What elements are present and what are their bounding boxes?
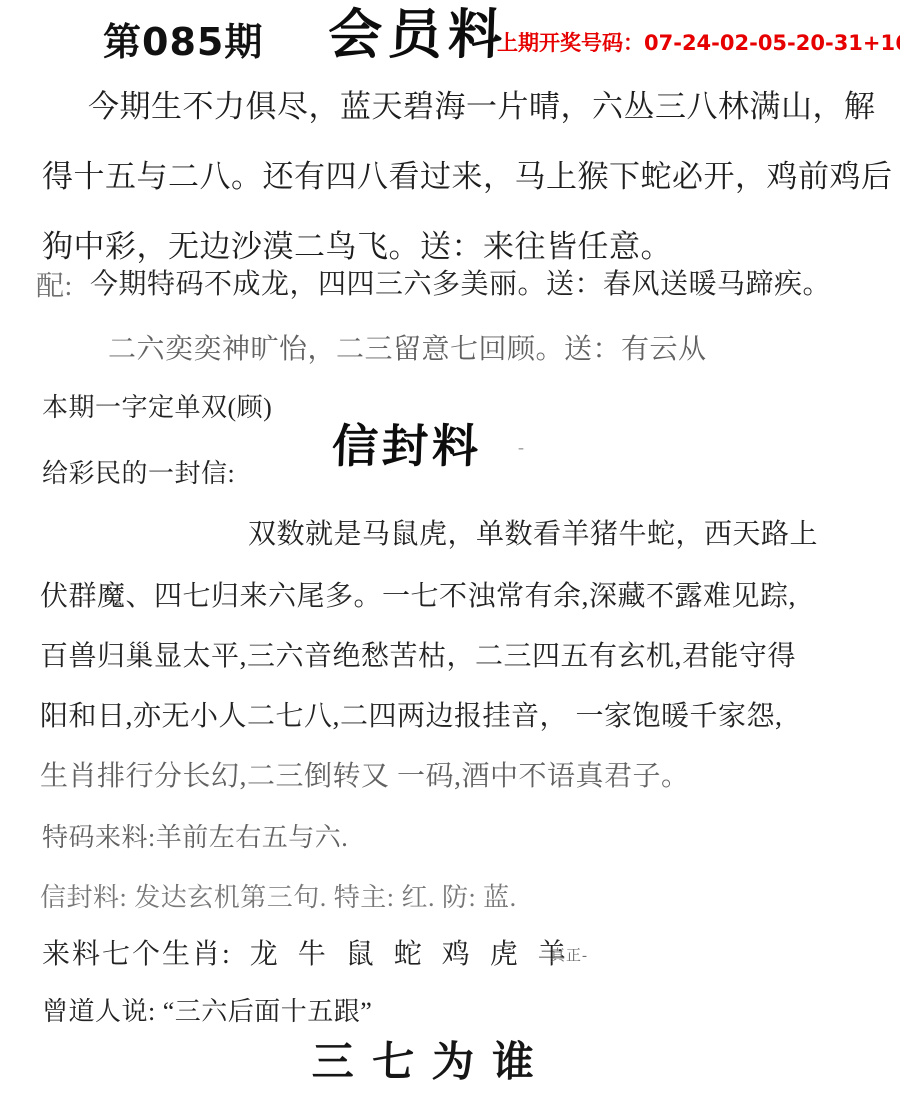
envelope-intro: 给彩民的一封信:: [42, 460, 235, 489]
zodiac-tip: 来料七个生肖: 龙 牛 鼠 蛇 鸡 虎 羊: [42, 940, 568, 971]
envelope-title: 信封料: [331, 422, 483, 473]
ink-smudge: -: [518, 438, 524, 458]
letter-line-2: 伏群魔、四七归来六尾多。一七不浊常有余,深藏不露难见踪,: [40, 582, 796, 613]
bottom-title: 三七为谁: [311, 1040, 552, 1086]
poem-line-6: 本期一字定单双(顾): [42, 394, 272, 423]
letter-line-3: 百兽归巢显太平,三六音绝愁苦枯，二三四五有玄机,君能守得: [40, 642, 796, 673]
letter-line-4: 阳和日,亦无小人二七八,二四两边报挂音， 一家饱暖千家怨,: [40, 702, 783, 733]
poem-line-2: 得十五与二八。还有四八看过来，马上猴下蛇必开，鸡前鸡后: [42, 160, 893, 194]
poem-line-5: 二六奕奕神旷怡，二三留意七回顾。送：有云从: [108, 335, 707, 366]
last-draw-numbers: 上期开奖号码：07-24-02-05-20-31+16: [497, 32, 900, 55]
page-title: 会员料: [327, 6, 509, 65]
letter-line-5: 生肖排行分长幻,二三倒转又 一码,酒中不语真君子。: [40, 762, 690, 793]
poem-line-3: 狗中彩，无边沙漠二鸟飞。送：来往皆任意。: [42, 230, 672, 264]
poem-line-4: 今期特码不成龙，四四三六多美丽。送：春风送暖马蹄疾。: [90, 270, 831, 301]
zodiac-note: 真正-: [550, 948, 588, 965]
envelope-tip: 信封料: 发达玄机第三句. 特主: 红. 防: 蓝.: [40, 884, 517, 913]
smudged-prefix: 配:: [36, 272, 73, 303]
letter-line-1: 双数就是马鼠虎，单数看羊猪牛蛇，西天路上: [248, 520, 818, 551]
special-code-tip: 特码来料:羊前左右五与六.: [42, 824, 348, 853]
master-quote: 曾道人说: “三六后面十五跟”: [42, 998, 372, 1027]
poem-line-1: 今期生不力俱尽，蓝天碧海一片晴，六丛三八林满山，解: [88, 90, 876, 124]
issue-number: 第085期: [103, 22, 263, 64]
lottery-tip-sheet: 第085期 会员料 上期开奖号码：07-24-02-05-20-31+16 今期…: [0, 0, 900, 1108]
